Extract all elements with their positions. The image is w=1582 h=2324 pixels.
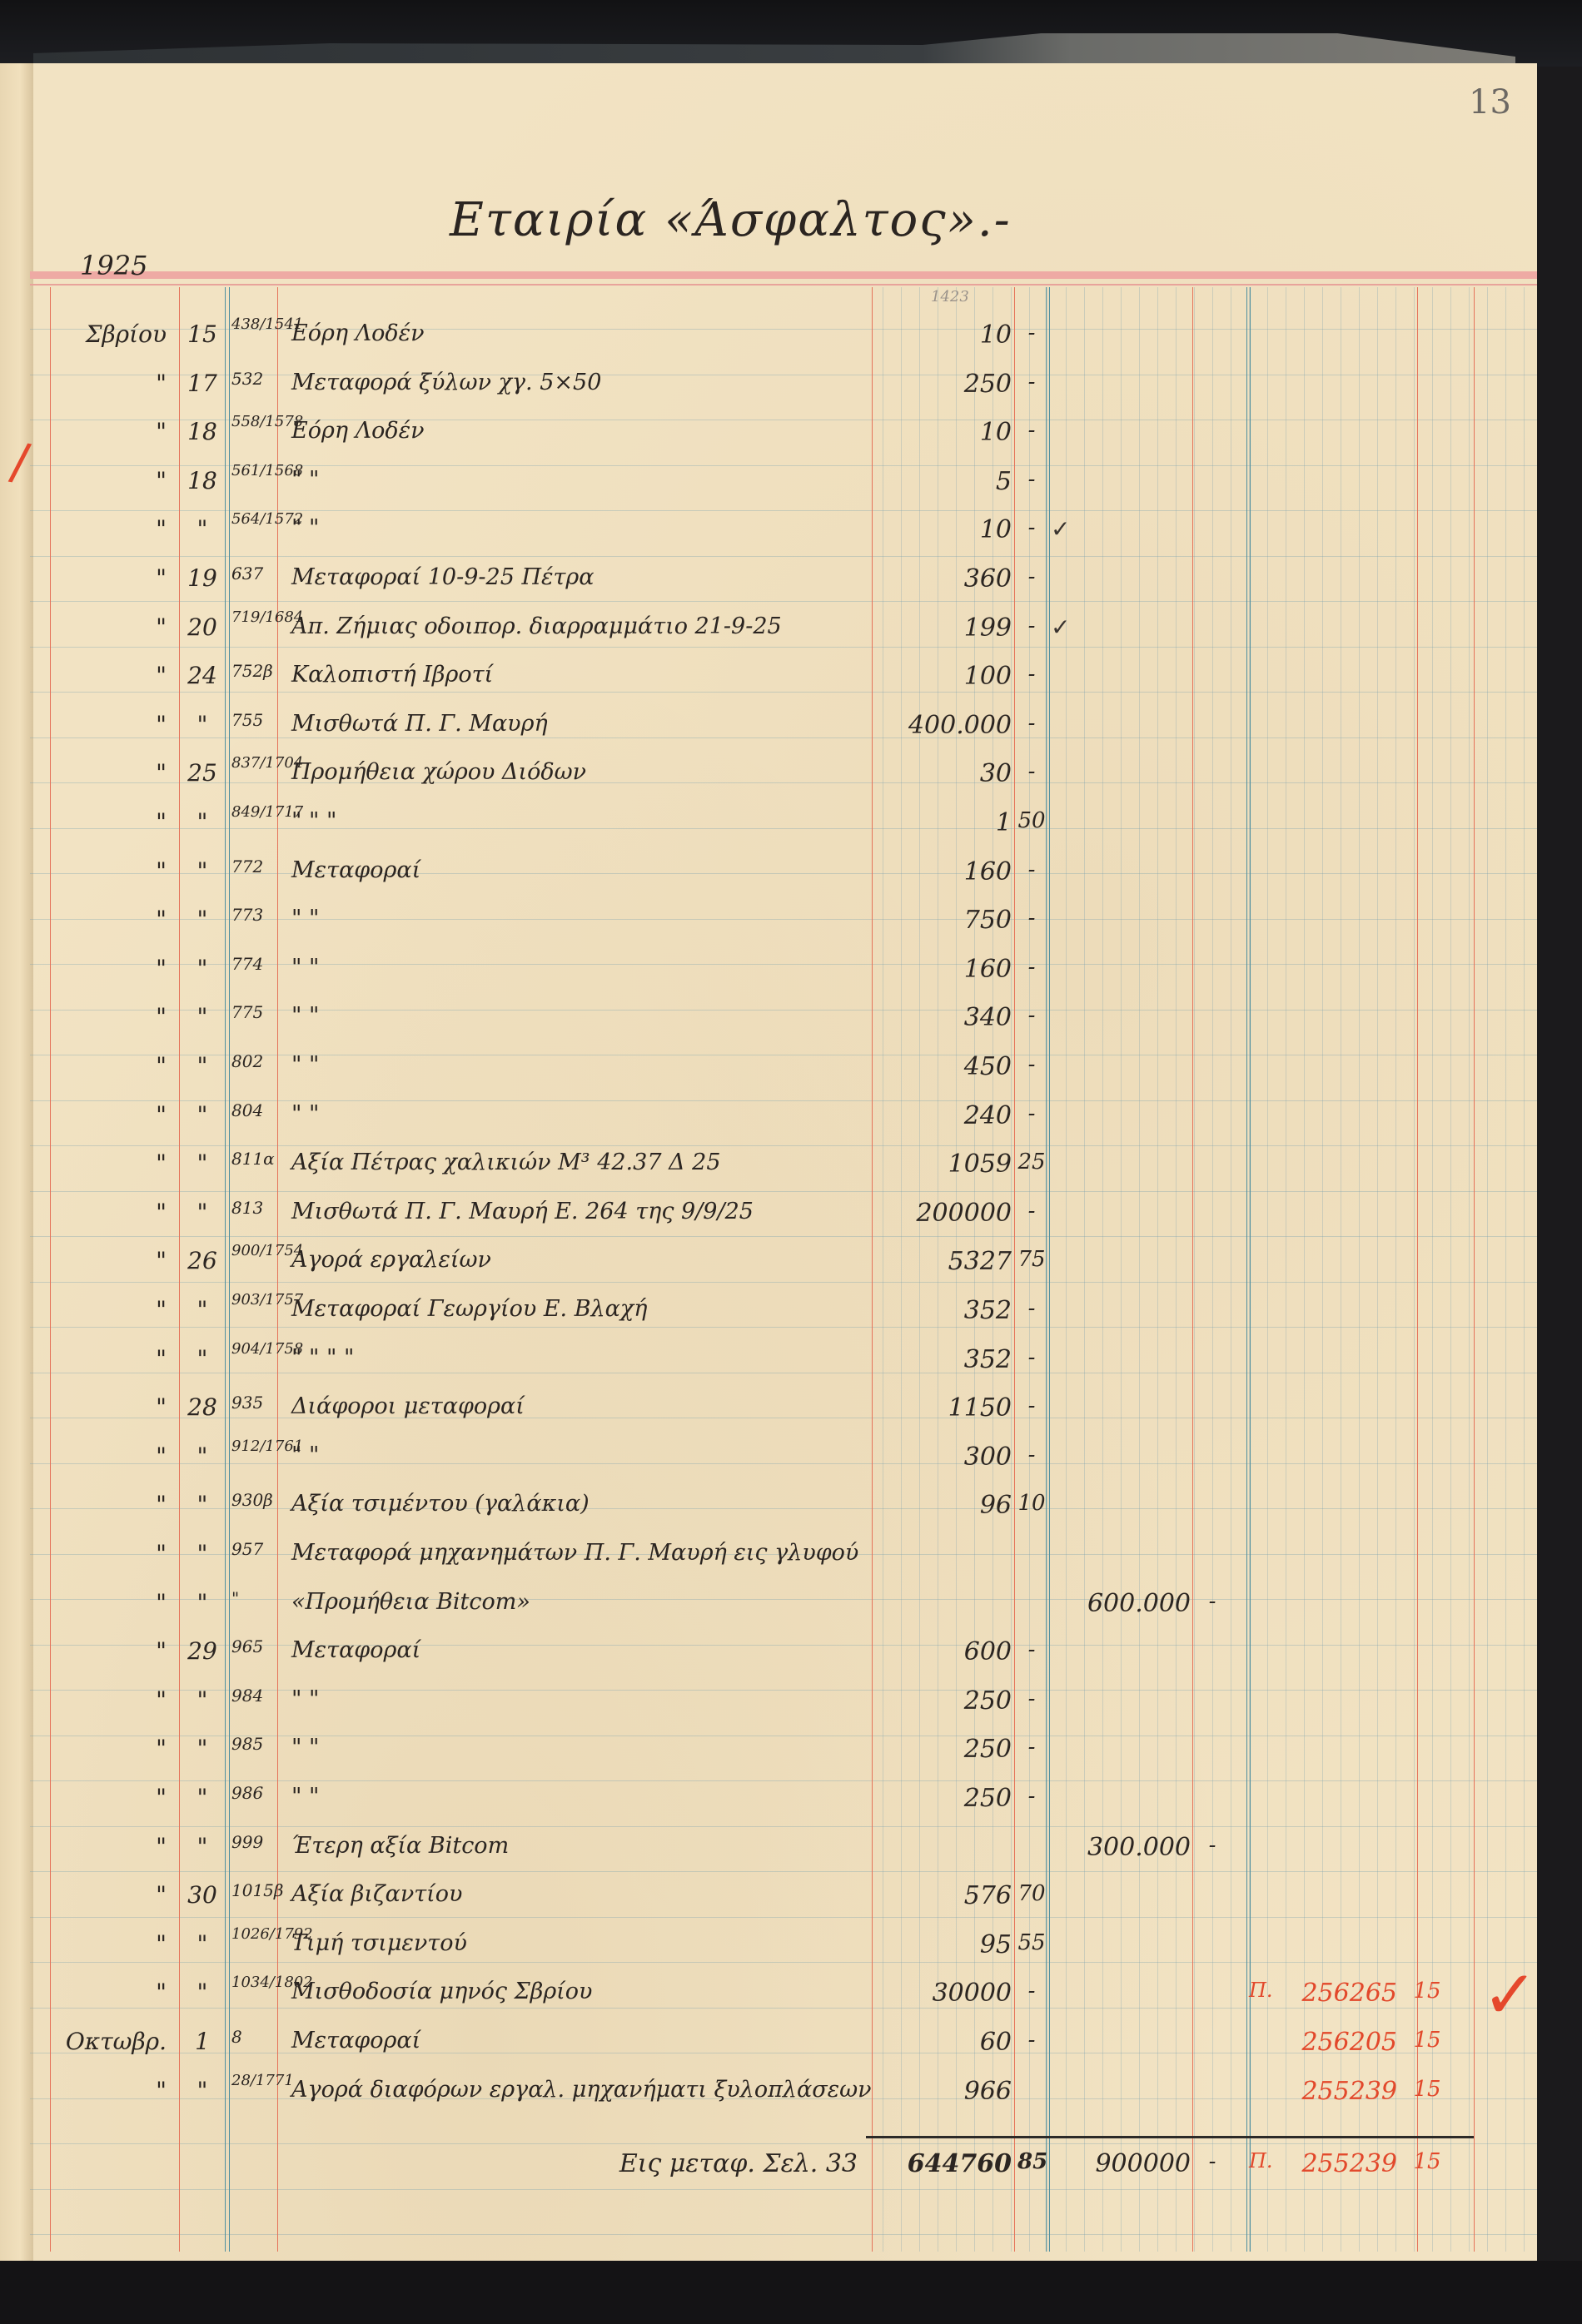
entry-ref: 930β	[231, 1491, 280, 1509]
entry-cents: -	[1017, 906, 1046, 931]
totals-credit-cents: -	[1196, 2149, 1229, 2174]
entry-amount: 160	[874, 955, 1012, 984]
table-row: ""986" "250-	[0, 1784, 1582, 1829]
entry-balance: 256265	[1282, 1979, 1397, 2008]
entry-amount: 10	[874, 515, 1012, 544]
entry-day: "	[182, 906, 223, 933]
entry-cents: -	[1017, 418, 1046, 443]
red-checkmark-icon: ✓	[1482, 1956, 1538, 2033]
entry-ref: 774	[231, 955, 280, 973]
table-row: ""564/1572" "10-✓	[0, 515, 1582, 560]
entry-day: 15	[182, 320, 223, 348]
entry-description: " "	[291, 1101, 874, 1127]
entry-ref: 903/1757	[231, 1291, 280, 1309]
entry-cents: -	[1017, 1443, 1046, 1467]
entry-description: Μεταφοραί Γεωργίου Ε. Βλαχή	[291, 1296, 874, 1322]
entry-cents: 50	[1017, 808, 1046, 833]
table-row: "18558/1578Εόρη Λοδέν10-	[0, 418, 1582, 463]
entry-ref: 719/1684	[231, 608, 280, 627]
entry-ref: 935	[231, 1393, 280, 1412]
entry-cents: 55	[1017, 1930, 1046, 1955]
table-row: ""774" "160-	[0, 955, 1582, 1000]
entry-ref: 837/1704	[231, 754, 280, 772]
entry-cents: -	[1017, 759, 1046, 784]
entry-ref: 561/1568	[231, 462, 280, 480]
entry-month: "	[50, 1393, 167, 1421]
entry-description: Εόρη Λοδέν	[291, 418, 874, 444]
totals-row: Εις μεταφ. Σελ. 33 644760 85 900000 - Π.…	[0, 2149, 1582, 2194]
entry-month: "	[50, 857, 167, 885]
entry-month: "	[50, 515, 167, 543]
entry-description: " "	[291, 515, 874, 541]
entry-day: 29	[182, 1637, 223, 1665]
entry-ref: 985	[231, 1735, 280, 1753]
entry-day: 28	[182, 1393, 223, 1421]
book-cover-bottom	[0, 2261, 1582, 2324]
table-row: Σβρίου15438/1541Εόρη Λοδέν10-	[0, 320, 1582, 365]
entry-day: "	[182, 1833, 223, 1860]
entry-amount: 200000	[874, 1199, 1012, 1228]
table-row: "24752βΚαλοπιστή Ιβροτί100-	[0, 662, 1582, 707]
entry-amount: 400.000	[874, 711, 1012, 740]
entry-day: 18	[182, 418, 223, 445]
entry-description: Αξία βιζαντίου	[291, 1881, 874, 1907]
entry-description: Μεταφοραί	[291, 2028, 874, 2053]
entry-month: "	[50, 1003, 167, 1030]
entry-cents: -	[1017, 320, 1046, 345]
row-rule	[30, 1780, 1537, 1781]
entry-ref: 802	[231, 1052, 280, 1070]
entry-day: 1	[182, 2028, 223, 2055]
table-row: ""904/1758" " " "352-	[0, 1345, 1582, 1390]
entry-balance: 256205	[1282, 2028, 1397, 2057]
entry-ref: 904/1758	[231, 1340, 280, 1358]
entry-cents: -	[1017, 564, 1046, 589]
totals-label: Εις μεταφ. Σελ. 33	[575, 2149, 858, 2178]
entry-cents: -	[1017, 613, 1046, 638]
totals-balance: 255239	[1282, 2149, 1397, 2178]
entry-day: "	[182, 1540, 223, 1567]
table-row: ""903/1757Μεταφοραί Γεωργίου Ε. Βλαχή352…	[0, 1296, 1582, 1341]
entry-amount: 1150	[874, 1393, 1012, 1423]
entry-ref: 984	[231, 1686, 280, 1705]
entry-amount: 5	[874, 467, 1012, 496]
table-row: ""1034/1802Μισθοδοσία μηνός Σβρίου30000-…	[0, 1979, 1582, 2024]
entry-cents: -	[1017, 1003, 1046, 1028]
totals-cents: 85	[1017, 2149, 1046, 2174]
table-row: "25837/1704Προμήθεια χώρου Διόδων30-	[0, 759, 1582, 804]
entry-month: "	[50, 1979, 167, 2006]
entry-cents: -	[1017, 370, 1046, 395]
entry-description: " "	[291, 1784, 874, 1810]
entry-description: Μεταφορά ξύλων χγ. 5×50	[291, 370, 874, 395]
entry-month: "	[50, 1199, 167, 1226]
table-row: ""28/1771Αγορά διαφόρων εργαλ. μηχανήματ…	[0, 2077, 1582, 2122]
row-rule	[30, 2143, 1537, 2144]
entry-month: "	[50, 613, 167, 641]
entry-ref: 637	[231, 564, 280, 583]
entry-credit: 300.000	[1051, 1833, 1191, 1862]
entry-ref: 1015β	[231, 1881, 280, 1899]
entry-amount: 10	[874, 418, 1012, 447]
table-row: ""755Μισθωτά Π. Γ. Μαυρή400.000-	[0, 711, 1582, 756]
header-pink-rule	[30, 271, 1537, 279]
entry-amount: 300	[874, 1443, 1012, 1472]
entry-cents: -	[1017, 1637, 1046, 1662]
tick-mark-icon: ✓	[1051, 613, 1070, 641]
entry-cents: -	[1017, 1052, 1046, 1077]
entry-description: " "	[291, 1003, 874, 1029]
table-row: "17532Μεταφορά ξύλων χγ. 5×50250-	[0, 370, 1582, 415]
entry-month: "	[50, 370, 167, 397]
table-row: ""849/1717" " "150	[0, 808, 1582, 853]
entry-cents: -	[1017, 515, 1046, 540]
entry-month: "	[50, 1833, 167, 1860]
entry-ref: 849/1717	[231, 803, 280, 822]
entry-ref: 804	[231, 1101, 280, 1120]
entry-cents: -	[1017, 1101, 1046, 1126]
entry-month: Οκτωβρ.	[50, 2028, 167, 2055]
entry-description: " "	[291, 1686, 874, 1712]
entry-cents: -	[1017, 1735, 1046, 1760]
entry-ref: 1026/1792	[231, 1925, 280, 1944]
entry-day: "	[182, 1491, 223, 1518]
entry-ref: 813	[231, 1199, 280, 1217]
entry-month: "	[50, 1686, 167, 1714]
entry-amount: 96	[874, 1491, 1012, 1520]
entry-description: " "	[291, 955, 874, 981]
entry-description: Αξία Πέτρας χαλικιών Μ³ 42.37 Δ 25	[291, 1150, 874, 1175]
entry-cents: -	[1017, 1393, 1046, 1418]
entry-day: "	[182, 1003, 223, 1030]
entry-amount: 250	[874, 1735, 1012, 1764]
entry-day: "	[182, 2077, 223, 2104]
entry-ref: 772	[231, 857, 280, 876]
entry-ref: 811α	[231, 1150, 280, 1168]
entry-month: "	[50, 1637, 167, 1665]
entry-amount: 576	[874, 1881, 1012, 1910]
entry-day: "	[182, 1052, 223, 1080]
table-row: "18561/1568" "5-	[0, 467, 1582, 512]
table-row: ""772Μεταφοραί160-	[0, 857, 1582, 902]
totals-amount: 644760	[874, 2149, 1012, 2178]
entry-amount: 30000	[874, 1979, 1012, 2008]
entry-ref: 957	[231, 1540, 280, 1558]
entry-amount: 5327	[874, 1247, 1012, 1276]
table-row: "19637Μεταφοραί 10-9-25 Πέτρα360-	[0, 564, 1582, 609]
entry-ref: 558/1578	[231, 413, 280, 431]
total-underline	[866, 2136, 1474, 2138]
entry-description: Καλοπιστή Ιβροτί	[291, 662, 874, 688]
entry-amount: 250	[874, 370, 1012, 399]
table-row: "28935Διάφοροι μεταφοραί1150-	[0, 1393, 1582, 1438]
table-row: ""985" "250-	[0, 1735, 1582, 1780]
entry-amount: 30	[874, 759, 1012, 788]
entry-description: «Προμήθεια Bitcom»	[291, 1589, 874, 1615]
entry-day: "	[182, 1443, 223, 1470]
entry-balance: 255239	[1282, 2077, 1397, 2106]
table-row: Οκτωβρ.18Μεταφοραί60-25620515	[0, 2028, 1582, 2073]
entry-month: "	[50, 1101, 167, 1129]
entry-month: "	[50, 955, 167, 982]
entry-day: 19	[182, 564, 223, 592]
entry-description: " "	[291, 1735, 874, 1760]
entry-month: "	[50, 1881, 167, 1909]
table-row: ""999Έτερη αξία Bitcom300.000-	[0, 1833, 1582, 1878]
entry-amount: 1	[874, 808, 1012, 837]
entry-day: "	[182, 1150, 223, 1177]
entry-month: "	[50, 1296, 167, 1323]
entry-day: "	[182, 857, 223, 885]
entry-ref: 438/1541	[231, 315, 280, 334]
entry-description: Αγορά διαφόρων εργαλ. μηχανήματι ξυλοπλά…	[291, 2077, 874, 2103]
entry-month: "	[50, 1930, 167, 1958]
entry-credit: 600.000	[1051, 1589, 1191, 1618]
table-row: "26900/1754Αγορά εργαλείων532775	[0, 1247, 1582, 1292]
entry-day: "	[182, 1345, 223, 1373]
entry-description: Απ. Ζήμιας οδοιπορ. διαρραμμάτιο 21-9-25	[291, 613, 874, 639]
entry-ref: 986	[231, 1784, 280, 1802]
entry-month: "	[50, 2077, 167, 2104]
entry-description: Μισθοδοσία μηνός Σβρίου	[291, 1979, 874, 2004]
entry-balance-prefix: Π.	[1249, 1979, 1282, 2002]
table-row: ""957Μεταφορά μηχανημάτων Π. Γ. Μαυρή ει…	[0, 1540, 1582, 1585]
entry-ref: 752β	[231, 662, 280, 680]
entry-amount: 100	[874, 662, 1012, 691]
entry-description: Μισθωτά Π. Γ. Μαυρή	[291, 711, 874, 737]
entry-description: Μισθωτά Π. Γ. Μαυρή Ε. 264 της 9/9/25	[291, 1199, 874, 1224]
table-row: """«Προμήθεια Bitcom»600.000-	[0, 1589, 1582, 1634]
entry-cents: -	[1017, 955, 1046, 980]
entry-balance-cents: 15	[1404, 2077, 1450, 2102]
entry-day: "	[182, 1589, 223, 1616]
entry-cents: -	[1017, 1296, 1046, 1321]
entry-description: Μεταφοραί 10-9-25 Πέτρα	[291, 564, 874, 590]
totals-balance-cents: 15	[1404, 2149, 1450, 2174]
table-row: ""813Μισθωτά Π. Γ. Μαυρή Ε. 264 της 9/9/…	[0, 1199, 1582, 1244]
row-rule	[30, 2234, 1537, 2235]
entry-amount: 240	[874, 1101, 1012, 1130]
tick-mark-icon: ✓	[1051, 515, 1070, 543]
entry-day: "	[182, 1735, 223, 1762]
entry-amount: 1059	[874, 1150, 1012, 1179]
entry-ref: 900/1754	[231, 1242, 280, 1260]
entry-amount: 352	[874, 1296, 1012, 1325]
entry-cents: -	[1017, 662, 1046, 687]
entry-ref: 532	[231, 370, 280, 388]
entry-month: Σβρίου	[50, 320, 167, 348]
table-row: ""773" "750-	[0, 906, 1582, 951]
entry-day: "	[182, 515, 223, 543]
entry-ref: 775	[231, 1003, 280, 1021]
entry-cents: -	[1017, 857, 1046, 882]
entry-month: "	[50, 808, 167, 836]
entry-cents: 70	[1017, 1881, 1046, 1906]
entry-description: Μεταφοραί	[291, 857, 874, 883]
entry-ref: 1034/1802	[231, 1974, 280, 1992]
entry-month: "	[50, 1052, 167, 1080]
table-row: ""1026/1792Τιμή τσιμεντού9555	[0, 1930, 1582, 1975]
entry-day: "	[182, 1979, 223, 2006]
entry-description: Έτερη αξία Bitcom	[291, 1833, 874, 1859]
header-pink-thin-rule	[30, 284, 1537, 286]
entry-day: 20	[182, 613, 223, 641]
entry-day: 26	[182, 1247, 223, 1274]
table-row: ""802" "450-	[0, 1052, 1582, 1097]
entry-description: Εόρη Λοδέν	[291, 320, 874, 346]
entry-ref: 773	[231, 906, 280, 924]
entry-amount: 250	[874, 1686, 1012, 1716]
entry-description: Προμήθεια χώρου Διόδων	[291, 759, 874, 785]
entry-month: "	[50, 1247, 167, 1274]
entry-description: " "	[291, 1052, 874, 1078]
entry-ref: 755	[231, 711, 280, 729]
entry-amount: 340	[874, 1003, 1012, 1032]
entry-day: "	[182, 1784, 223, 1811]
entry-cents: -	[1017, 2028, 1046, 2053]
pencil-note: 1423	[931, 288, 969, 305]
entry-day: "	[182, 955, 223, 982]
entry-amount: 750	[874, 906, 1012, 935]
year-label: 1925	[80, 250, 147, 281]
entry-description: " "	[291, 1443, 874, 1468]
entry-cents: -	[1017, 1199, 1046, 1224]
entry-amount: 600	[874, 1637, 1012, 1666]
entry-month: "	[50, 906, 167, 933]
page-number: 13	[1469, 83, 1511, 122]
entry-description: Μεταφοραί	[291, 1637, 874, 1663]
entry-amount: 10	[874, 320, 1012, 350]
table-row: "301015βΑξία βιζαντίου57670	[0, 1881, 1582, 1926]
entry-balance-cents: 15	[1404, 1979, 1450, 2004]
entry-description: " " "	[291, 808, 874, 834]
table-row: ""804" "240-	[0, 1101, 1582, 1146]
entry-cents: -	[1017, 1686, 1046, 1711]
entry-amount: 60	[874, 2028, 1012, 2057]
entry-cents: -	[1017, 467, 1046, 492]
page-title: Εταιρία «Άσφαλτος».-	[450, 193, 1012, 247]
entry-ref: 8	[231, 2028, 280, 2046]
table-row: "20719/1684Απ. Ζήμιας οδοιπορ. διαρραμμά…	[0, 613, 1582, 658]
totals-credit: 900000	[1051, 2149, 1191, 2178]
entry-ref: 28/1771	[231, 2072, 280, 2090]
entry-description: Μεταφορά μηχανημάτων Π. Γ. Μαυρή εις γλυ…	[291, 1540, 874, 1566]
entry-ref: "	[231, 1589, 280, 1607]
entry-amount: 352	[874, 1345, 1012, 1374]
entry-description: " "	[291, 467, 874, 493]
entry-amount: 966	[874, 2077, 1012, 2106]
entry-day: "	[182, 711, 223, 738]
entry-day: 30	[182, 1881, 223, 1909]
entry-day: 18	[182, 467, 223, 494]
entry-amount: 360	[874, 564, 1012, 593]
entry-ref: 999	[231, 1833, 280, 1851]
entry-cents: 10	[1017, 1491, 1046, 1516]
entry-amount: 250	[874, 1784, 1012, 1813]
entry-amount: 199	[874, 613, 1012, 643]
table-row: ""930βΑξία τσιμέντου (γαλάκια)9610	[0, 1491, 1582, 1536]
entry-ref: 564/1572	[231, 510, 280, 529]
entry-month: "	[50, 1735, 167, 1762]
entry-day: "	[182, 1101, 223, 1129]
entry-month: "	[50, 1491, 167, 1518]
entry-cents: -	[1017, 1345, 1046, 1370]
totals-balance-prefix: Π.	[1249, 2149, 1282, 2173]
entry-amount: 95	[874, 1930, 1012, 1959]
entry-ref: 965	[231, 1637, 280, 1656]
entry-month: "	[50, 1589, 167, 1616]
entry-day: "	[182, 1199, 223, 1226]
entry-month: "	[50, 467, 167, 494]
table-row: ""912/1761" "300-	[0, 1443, 1582, 1487]
entry-ref: 912/1761	[231, 1438, 280, 1456]
entry-month: "	[50, 1150, 167, 1177]
entry-description: " " " "	[291, 1345, 874, 1371]
entry-credit-cents: -	[1196, 1589, 1229, 1614]
entry-day: 17	[182, 370, 223, 397]
entry-cents: -	[1017, 1784, 1046, 1809]
entry-day: 25	[182, 759, 223, 787]
entry-month: "	[50, 564, 167, 592]
entry-balance-cents: 15	[1404, 2028, 1450, 2053]
table-row: ""811αΑξία Πέτρας χαλικιών Μ³ 42.37 Δ 25…	[0, 1150, 1582, 1194]
entry-month: "	[50, 662, 167, 689]
entry-description: Διάφοροι μεταφοραί	[291, 1393, 874, 1419]
entry-cents: -	[1017, 711, 1046, 736]
entry-month: "	[50, 759, 167, 787]
entry-credit-cents: -	[1196, 1833, 1229, 1858]
entry-month: "	[50, 1443, 167, 1470]
entry-day: "	[182, 808, 223, 836]
entry-cents: -	[1017, 1979, 1046, 2004]
entry-month: "	[50, 711, 167, 738]
entry-amount: 450	[874, 1052, 1012, 1081]
entry-day: 24	[182, 662, 223, 689]
entry-amount: 160	[874, 857, 1012, 886]
entry-day: "	[182, 1930, 223, 1958]
entry-description: Αγορά εργαλείων	[291, 1247, 874, 1273]
entry-description: " "	[291, 906, 874, 931]
table-row: "29965Μεταφοραί600-	[0, 1637, 1582, 1682]
entry-day: "	[182, 1686, 223, 1714]
entry-month: "	[50, 1345, 167, 1373]
entry-month: "	[50, 418, 167, 445]
entry-cents: 75	[1017, 1247, 1046, 1272]
entry-month: "	[50, 1540, 167, 1567]
entry-description: Αξία τσιμέντου (γαλάκια)	[291, 1491, 874, 1517]
entry-month: "	[50, 1784, 167, 1811]
entry-day: "	[182, 1296, 223, 1323]
entry-description: Τιμή τσιμεντού	[291, 1930, 874, 1956]
table-row: ""775" "340-	[0, 1003, 1582, 1048]
table-row: ""984" "250-	[0, 1686, 1582, 1731]
entry-cents: 25	[1017, 1150, 1046, 1174]
